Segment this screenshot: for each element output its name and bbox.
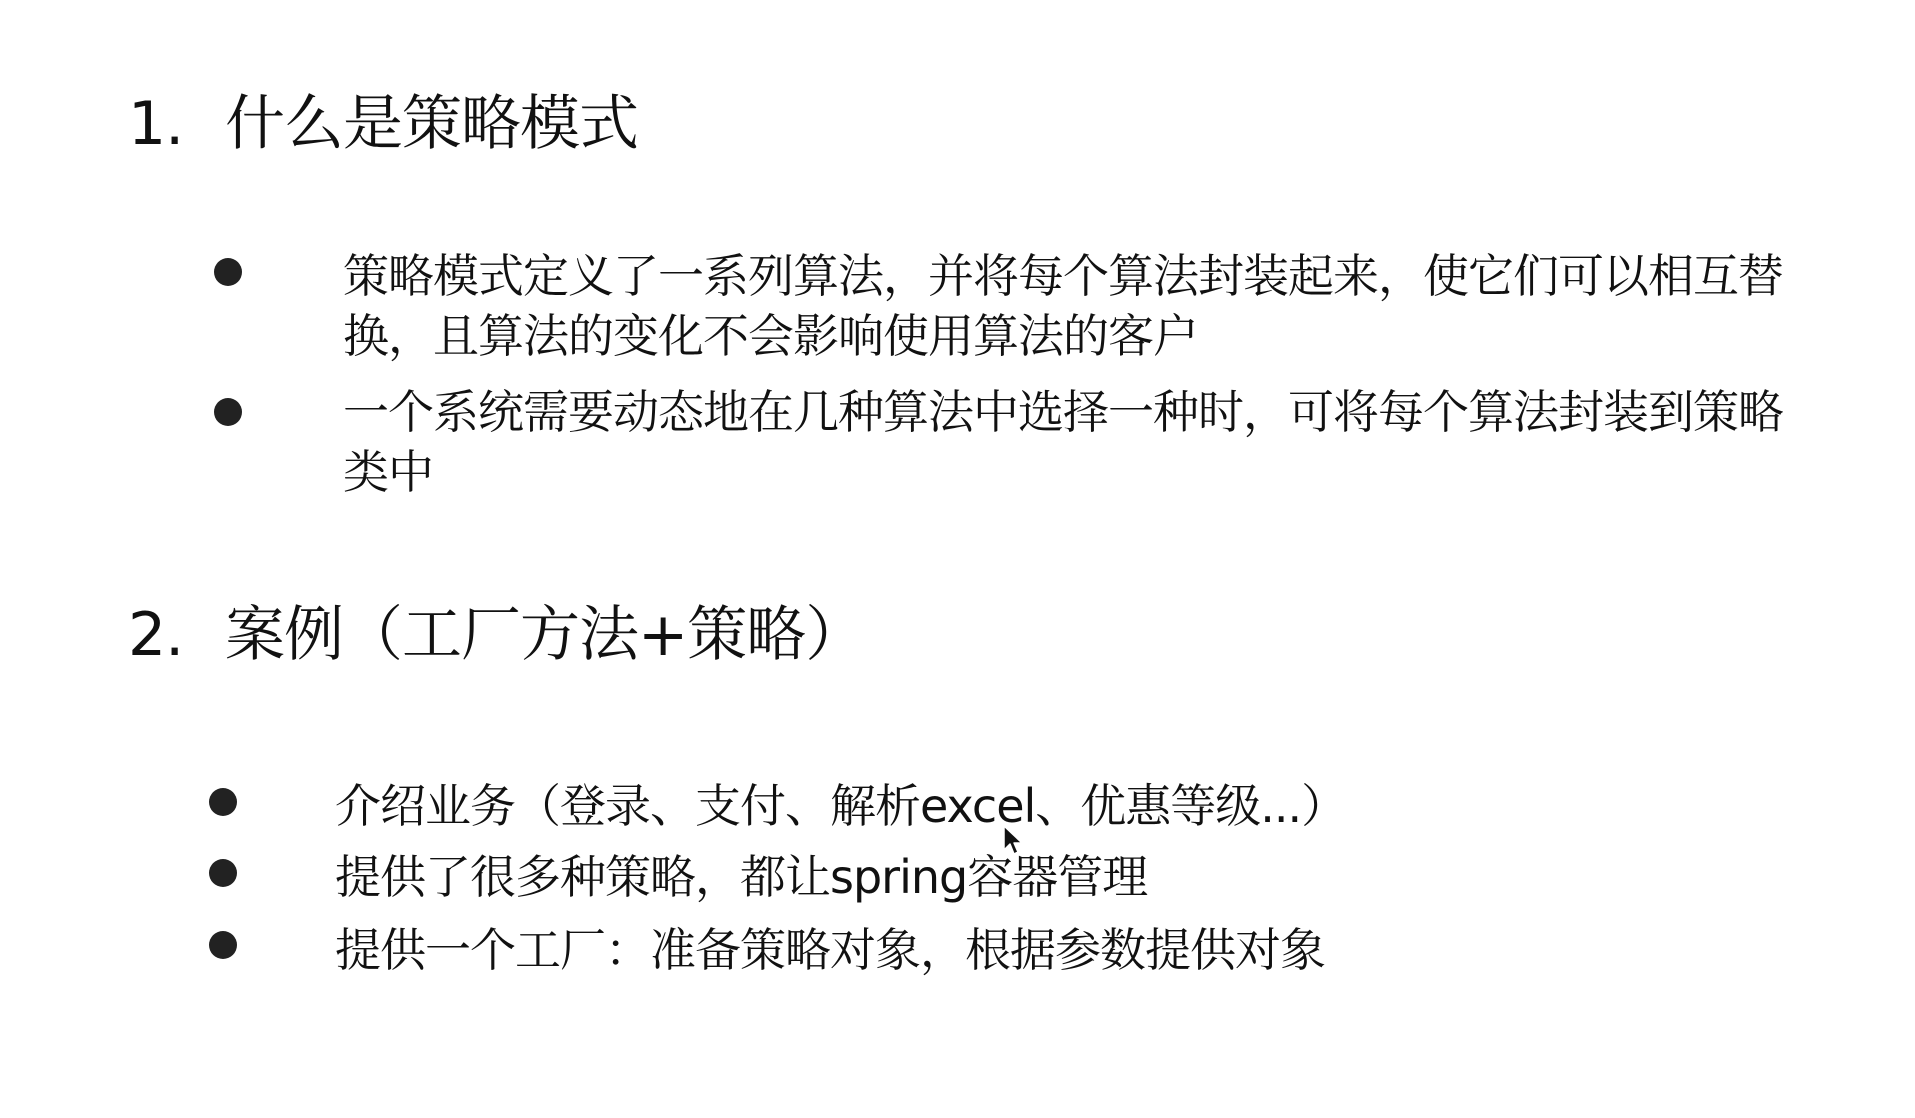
list-item-text: 提供一个工厂：准备策略对象，根据参数提供对象	[335, 920, 1325, 980]
mouse-pointer-icon	[1003, 825, 1025, 857]
section-1-number: 1.	[128, 88, 225, 160]
bullet-dot-icon	[209, 788, 237, 816]
bullet-dot-icon	[209, 859, 237, 887]
list-item-text: 提供了很多种策略，都让spring容器管理	[335, 847, 1147, 907]
section-2-title: 案例（工厂方法+策略）	[225, 600, 864, 670]
bullet-dot-icon	[214, 258, 242, 286]
section-2-heading: 2.案例（工厂方法+策略）	[128, 599, 864, 671]
bullet-dot-icon	[209, 931, 237, 959]
list-item-text: 策略模式定义了一系列算法，并将每个算法封装起来，使它们可以相互替换，且算法的变化…	[343, 246, 1813, 366]
slide: 1.什么是策略模式 策略模式定义了一系列算法，并将每个算法封装起来，使它们可以相…	[0, 0, 1915, 1118]
section-1-title: 什么是策略模式	[225, 89, 638, 159]
list-item-text: 一个系统需要动态地在几种算法中选择一种时，可将每个算法封装到策略类中	[343, 382, 1813, 502]
bullet-dot-icon	[214, 398, 242, 426]
section-1-heading: 1.什么是策略模式	[128, 88, 638, 160]
section-2-number: 2.	[128, 599, 225, 671]
list-item-text: 介绍业务（登录、支付、解析excel、优惠等级...）	[335, 776, 1346, 836]
